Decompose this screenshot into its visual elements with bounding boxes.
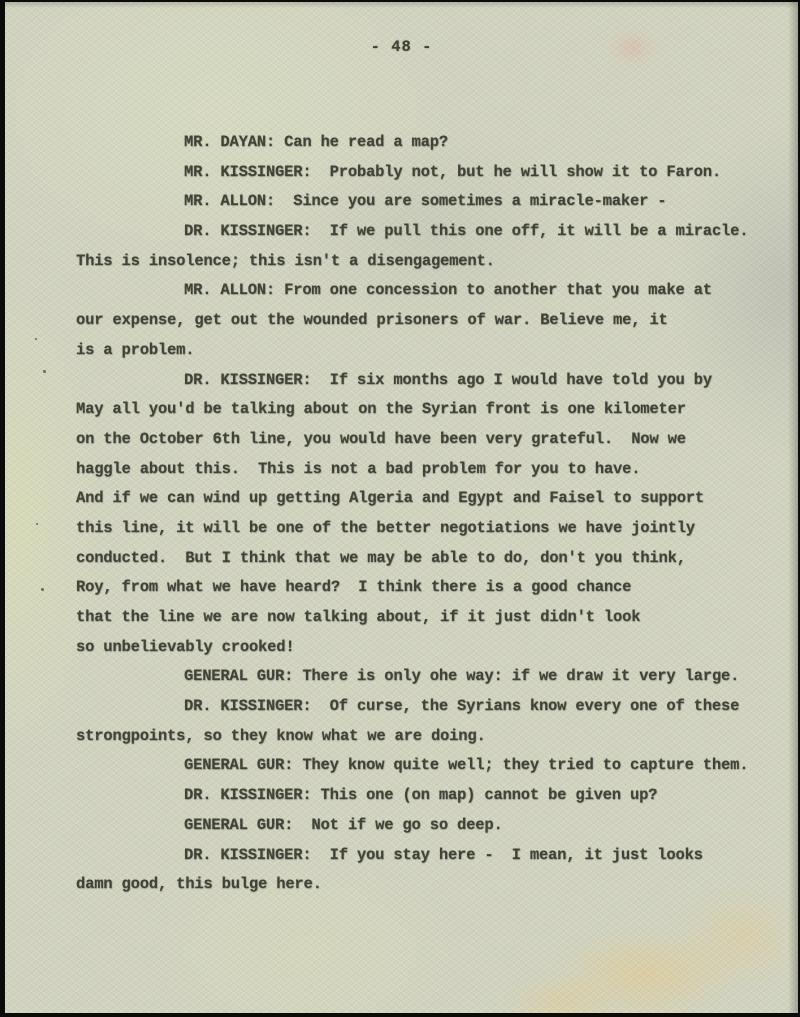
transcript-line: damn good, this bulge here. (76, 870, 788, 900)
transcript-line: haggle about this. This is not a bad pro… (76, 455, 788, 485)
document-page: - 48 - MR. DAYAN: Can he read a map?MR. … (5, 2, 798, 1013)
transcript-line: This is insolence; this isn't a disengag… (76, 247, 788, 277)
transcript-line: GENERAL GUR: Not if we go so deep. (76, 811, 788, 841)
transcript-line: DR. KISSINGER: This one (on map) cannot … (76, 781, 788, 811)
transcript-line: our expense, get out the wounded prisone… (76, 306, 788, 336)
transcript-line: strongpoints, so they know what we are d… (76, 722, 788, 752)
page-number: - 48 - (5, 38, 798, 56)
transcript-line: DR. KISSINGER: If you stay here - I mean… (76, 841, 788, 871)
transcript-line: And if we can wind up getting Algeria an… (76, 484, 788, 514)
transcript-line: MR. ALLON: Since you are sometimes a mir… (76, 187, 788, 217)
paper-speck (35, 338, 37, 340)
paper-speck (43, 370, 46, 373)
transcript-line: that the line we are now talking about, … (76, 603, 788, 633)
transcript-line: MR. DAYAN: Can he read a map? (76, 128, 788, 158)
transcript-line: MR. ALLON: From one concession to anothe… (76, 276, 788, 306)
scanned-transcript-page: { "page": { "number_label": "- 48 -", "l… (0, 0, 800, 1017)
transcript-line: GENERAL GUR: They know quite well; they … (76, 751, 788, 781)
transcript-line: is a problem. (76, 336, 788, 366)
paper-speck (36, 523, 38, 525)
transcript-line: conducted. But I think that we may be ab… (76, 544, 788, 574)
paper-speck (41, 588, 44, 591)
transcript-line: this line, it will be one of the better … (76, 514, 788, 544)
transcript-line: DR. KISSINGER: If six months ago I would… (76, 366, 788, 396)
transcript-line: GENERAL GUR: There is only ohe way: if w… (76, 662, 788, 692)
transcript-line: so unbelievably crooked! (76, 633, 788, 663)
transcript-line: DR. KISSINGER: Of curse, the Syrians kno… (76, 692, 788, 722)
transcript-line: Roy, from what we have heard? I think th… (76, 573, 788, 603)
transcript-line: DR. KISSINGER: If we pull this one off, … (76, 217, 788, 247)
transcript-line: on the October 6th line, you would have … (76, 425, 788, 455)
transcript-line: May all you'd be talking about on the Sy… (76, 395, 788, 425)
transcript-body: MR. DAYAN: Can he read a map?MR. KISSING… (76, 128, 788, 900)
transcript-line: MR. KISSINGER: Probably not, but he will… (76, 158, 788, 188)
